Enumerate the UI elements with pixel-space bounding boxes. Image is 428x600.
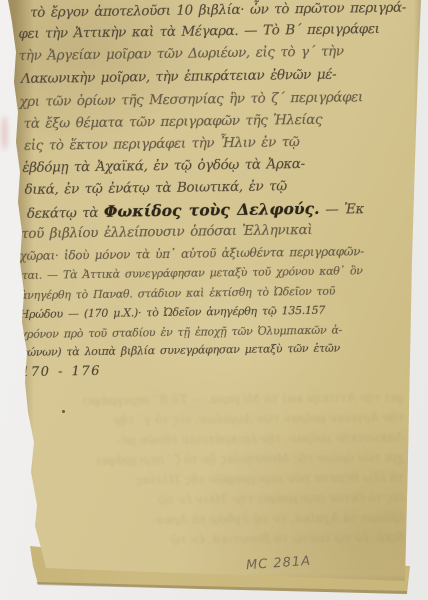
handwriting-line: χρι τῶν ὁρίων τῆς Μεσσηνίας ἣν τὸ ζ΄ περ… <box>19 89 363 110</box>
handwritten-text-block: τὸ ἔργον ἀποτελοῦσι 10 βιβλία· ὧν τὸ πρῶ… <box>16 0 422 402</box>
handwriting-line: τὴν Ἀργείαν μοῖραν τῶν Δωριέων, εἰς τὸ γ… <box>19 43 344 64</box>
bleed-through-line: χρι τῶν ὁρίων τῆς Μεσσηνίας ἣν τὸ ζ΄ περ… <box>52 450 404 468</box>
line-suffix: — Ἐκ <box>319 201 364 218</box>
bleed-through-line: Λακωνικὴν μοῖραν, τὴν ἐπικράτειαν ἐθνῶν … <box>52 430 404 448</box>
bleed-through-line: εἰς τὸ ἕκτον περιγράφει τὴν Ἦλιν ἐν τῷ <box>52 490 404 508</box>
year-range-line: 170 - 176 <box>21 364 101 380</box>
bleed-through-line: ἑβδόμῃ τὰ Ἀχαϊκά, ἐν τῷ ὀγδόῳ τὰ Ἀρκα- <box>52 510 404 528</box>
handwriting-line: ται. — Τὰ Ἀττικὰ συνεγράφησαν μεταξὺ τοῦ… <box>22 264 363 282</box>
scanned-page-background: φει τὴν Ἀττικὴν καὶ τὰ Μέγαρα. — Τὸ Β΄ π… <box>0 0 428 600</box>
handwriting-line: Λακωνικὴν μοῖραν, τὴν ἐπικράτειαν ἐθνῶν … <box>21 67 336 87</box>
line-prefix: δεκάτῳ τὰ <box>27 205 104 222</box>
handwriting-line: Ἡρώδου — (170 μ.Χ.)· τὸ Ὠδεῖον ἀνηγέρθη … <box>18 304 325 321</box>
handwriting-line: ἀνηγέρθη τὸ Παναθ. στάδιον καὶ ἐκτίσθη τ… <box>20 285 335 302</box>
handwriting-line: φει τὴν Ἀττικὴν καὶ τὰ Μέγαρα. — Τὸ Β΄ π… <box>18 21 379 42</box>
handwriting-line: τὸ ἔργον ἀποτελοῦσι 10 βιβλία· ὧν τὸ πρῶ… <box>30 0 406 21</box>
handwriting-line: ἑβδόμῃ τὰ Ἀχαϊκά, ἐν τῷ ὀγδόῳ τὰ Ἀρκα- <box>22 156 305 176</box>
bleed-through-line: δικά, ἐν τῷ ἐνάτῳ τὰ Βοιωτικά, ἐν τῷ <box>52 530 404 548</box>
margin-smudge <box>1 116 8 150</box>
manuscript-sheet: φει τὴν Ἀττικὴν καὶ τὰ Μέγαρα. — Τὸ Β΄ π… <box>0 0 428 600</box>
bleed-through-line: τὴν Ἀργείαν μοῖραν τῶν Δωριέων, εἰς τὸ γ… <box>52 410 404 428</box>
handwriting-line: γώνων) τὰ λοιπὰ βιβλία συνεγράφησαν μετα… <box>21 342 340 359</box>
handwriting-line: χρόνον πρὸ τοῦ σταδίου ἐν τῇ ἐποχῇ τῶν Ὀ… <box>21 323 343 340</box>
handwriting-line: τοῦ βιβλίου ἐλλείπουσιν ὁπόσαι Ἑλληνικαὶ <box>21 222 312 242</box>
handwriting-line: χῶραι· ἰδοὺ μόνον τὰ ὑπ᾽ αὐτοῦ ἀξιωθέντα… <box>19 244 364 263</box>
handwriting-line: δεκάτῳ τὰ Φωκίδος τοὺς Δελφούς. — Ἐκ <box>27 198 364 222</box>
ink-speck <box>62 410 65 413</box>
bleed-through-line: τὰ ἔξω θέματα τῶν περιγραφῶν τῆς Ἠλείας <box>52 470 404 488</box>
handwriting-line: τὰ ἔξω θέματα τῶν περιγραφῶν τῆς Ἠλείας <box>24 112 323 132</box>
handwriting-line: εἰς τὸ ἕκτον περιγράφει τὴν Ἦλιν ἐν τῷ <box>24 134 300 154</box>
emphasized-phrase: Φωκίδος τοὺς Δελφούς. <box>104 199 320 221</box>
handwriting-line: δικά, ἐν τῷ ἐνάτῳ τὰ Βοιωτικά, ἐν τῷ <box>25 178 287 198</box>
